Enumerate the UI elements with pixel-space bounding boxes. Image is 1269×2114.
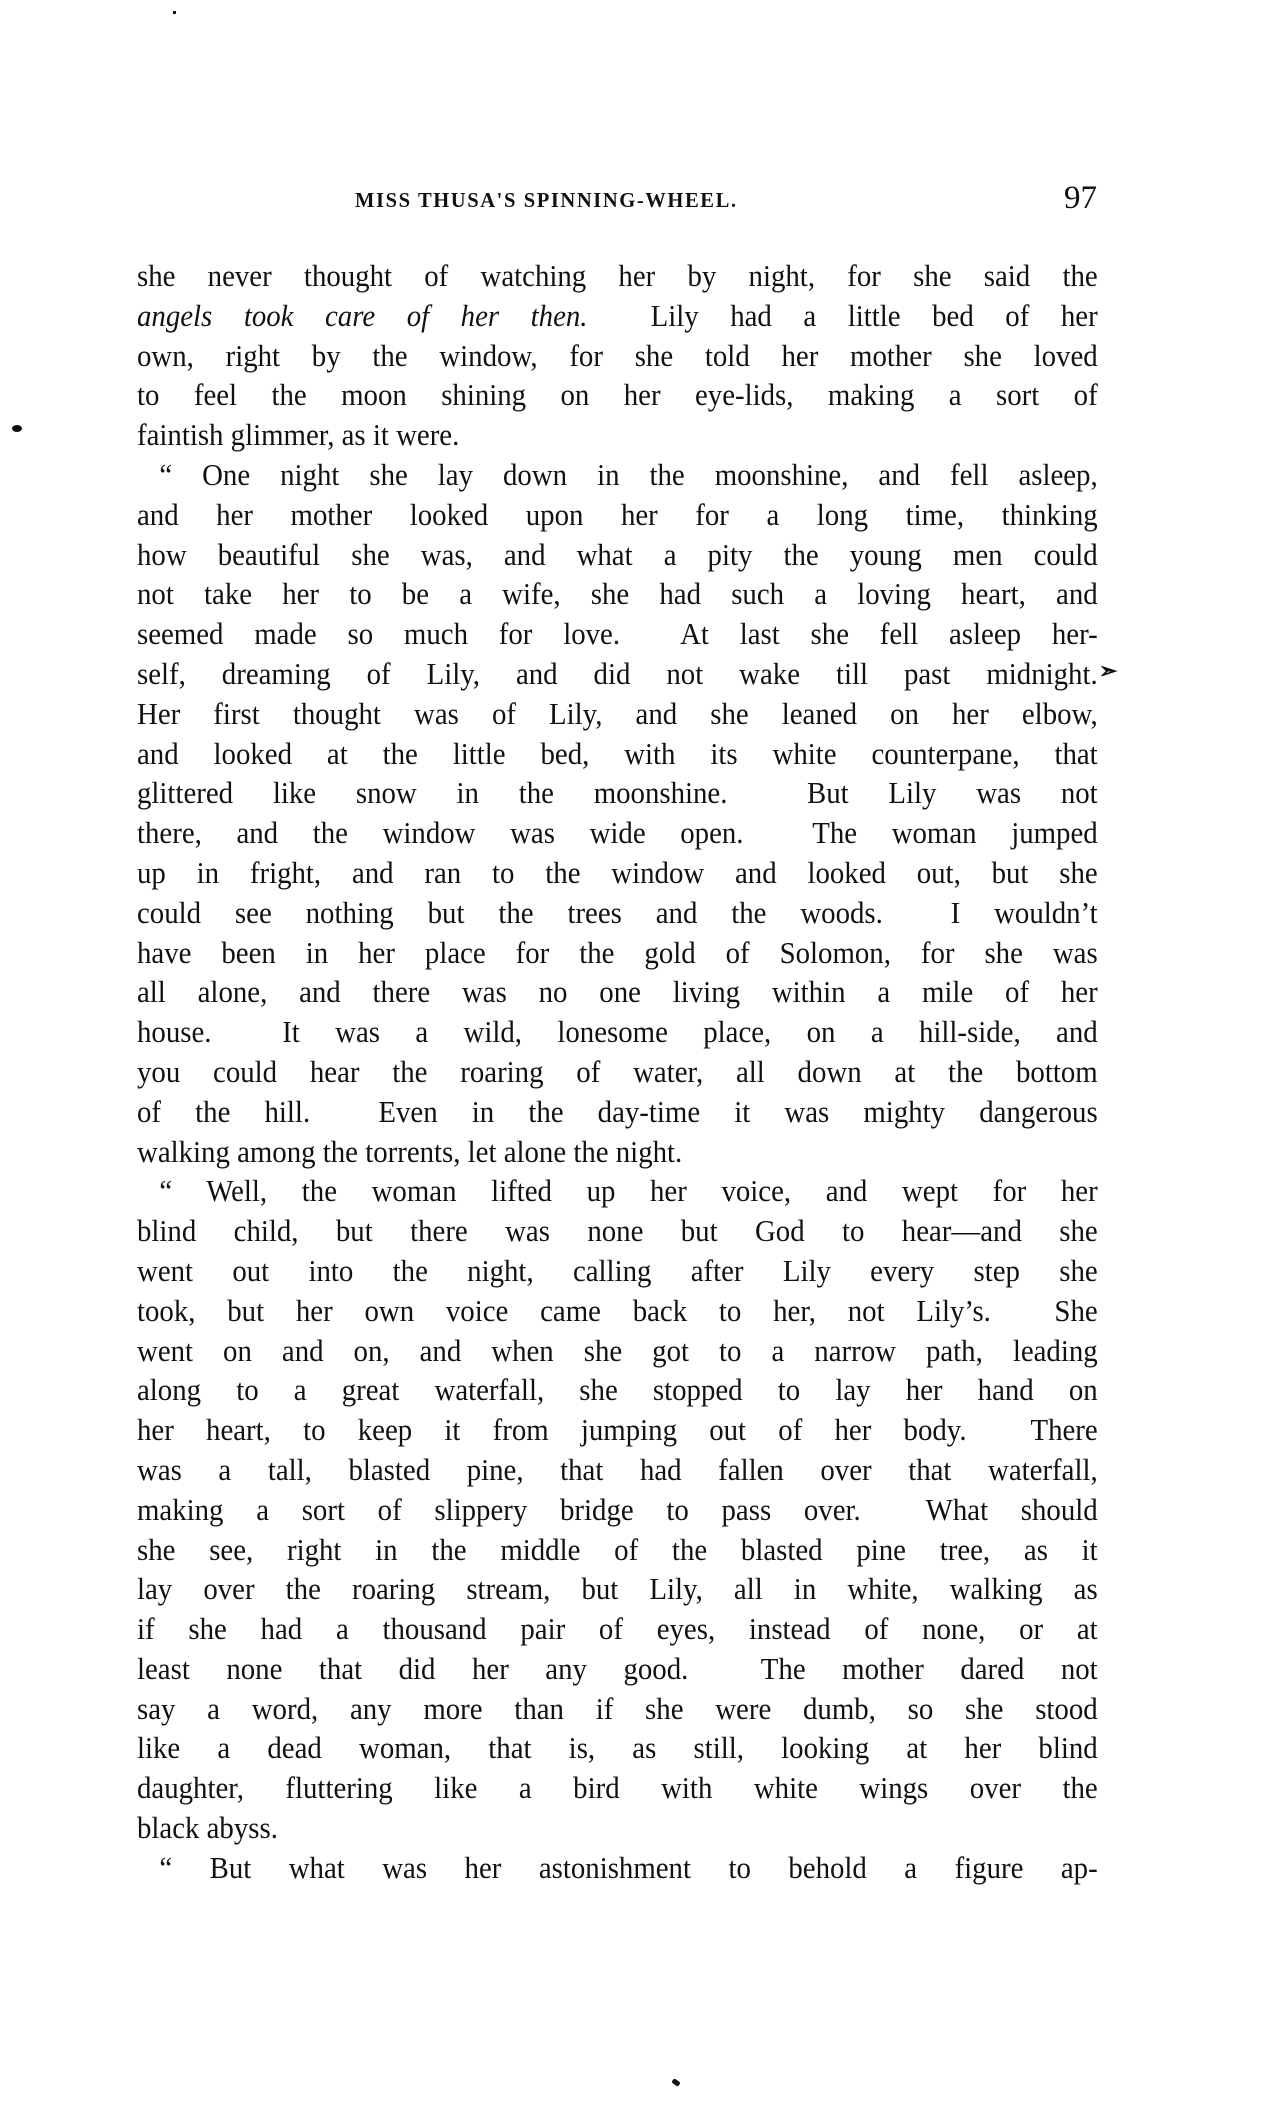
line-text: black abyss. [137, 1810, 278, 1845]
line-text: went on and on, and when she got to a na… [137, 1333, 1098, 1368]
line-text: blind child, but there was none but God … [137, 1213, 1098, 1248]
italic-phrase: angels took care of her then. [137, 298, 588, 333]
line-text: lay over the roaring stream, but Lily, a… [137, 1571, 1098, 1606]
text-line: least none that did her any good. The mo… [137, 1649, 1098, 1689]
line-text: if she had a thousand pair of eyes, inst… [137, 1611, 1098, 1646]
book-page: MISS THUSA'S SPINNING-WHEEL. 97 she neve… [0, 0, 1269, 2114]
line-text: she never thought of watching her by nig… [137, 258, 1098, 293]
text-line: if she had a thousand pair of eyes, inst… [137, 1609, 1098, 1649]
text-line: you could hear the roaring of water, all… [137, 1052, 1098, 1092]
text-line: making a sort of slippery bridge to pass… [137, 1490, 1098, 1530]
text-line: up in fright, and ran to the window and … [137, 853, 1098, 893]
text-line: glittered like snow in the moonshine. Bu… [137, 773, 1098, 813]
line-text: and her mother looked upon her for a lon… [137, 497, 1098, 532]
text-line: she never thought of watching her by nig… [137, 256, 1098, 296]
stray-mark-bottom [671, 2078, 680, 2087]
line-text: self, dreaming of Lily, and did not wake… [137, 656, 1098, 691]
body-text: she never thought of watching her by nig… [137, 256, 1098, 1888]
line-text: was a tall, blasted pine, that had falle… [137, 1452, 1098, 1487]
line-text: her heart, to keep it from jumping out o… [137, 1412, 1098, 1447]
line-text: “ Well, the woman lifted up her voice, a… [159, 1173, 1097, 1208]
line-text: house. It was a wild, lonesome place, on… [137, 1014, 1098, 1049]
text-line: lay over the roaring stream, but Lily, a… [137, 1569, 1098, 1609]
line-text: Her first thought was of Lily, and she l… [137, 696, 1098, 731]
line-text: Lily had a little bed of her [588, 298, 1098, 333]
stray-mark-top [173, 11, 176, 14]
line-text: there, and the window was wide open. The… [137, 815, 1098, 850]
text-line: could see nothing but the trees and the … [137, 893, 1098, 933]
line-text: could see nothing but the trees and the … [137, 895, 1098, 930]
line-text: walking among the torrents, let alone th… [137, 1134, 682, 1169]
text-line: and looked at the little bed, with its w… [137, 734, 1098, 774]
line-text: own, right by the window, for she told h… [137, 338, 1098, 373]
line-text: daughter, fluttering like a bird with wh… [137, 1770, 1098, 1805]
text-line: went out into the night, calling after L… [137, 1251, 1098, 1291]
line-text: to feel the moon shining on her eye-lids… [137, 377, 1098, 412]
text-line: of the hill. Even in the day-time it was… [137, 1092, 1098, 1132]
text-line: blind child, but there was none but God … [137, 1211, 1098, 1251]
line-text: how beautiful she was, and what a pity t… [137, 537, 1098, 572]
text-line: daughter, fluttering like a bird with wh… [137, 1768, 1098, 1808]
line-text: making a sort of slippery bridge to pass… [137, 1492, 1098, 1527]
text-line: how beautiful she was, and what a pity t… [137, 535, 1098, 575]
line-text: least none that did her any good. The mo… [137, 1651, 1098, 1686]
line-text: you could hear the roaring of water, all… [137, 1054, 1098, 1089]
text-line: own, right by the window, for she told h… [137, 336, 1098, 376]
text-line: she see, right in the middle of the blas… [137, 1530, 1098, 1570]
text-line: faintish glimmer, as it were. [137, 415, 1098, 455]
text-line: “ Well, the woman lifted up her voice, a… [137, 1171, 1098, 1211]
text-line: self, dreaming of Lily, and did not wake… [137, 654, 1098, 694]
text-line: was a tall, blasted pine, that had falle… [137, 1450, 1098, 1490]
text-line: “ One night she lay down in the moonshin… [137, 455, 1098, 495]
line-text: have been in her place for the gold of S… [137, 935, 1098, 970]
line-text: like a dead woman, that is, as still, lo… [137, 1730, 1098, 1765]
line-text: seemed made so much for love. At last sh… [137, 616, 1098, 651]
ink-smudge-icon: ➣ [1099, 664, 1127, 678]
line-text: all alone, and there was no one living w… [137, 974, 1098, 1009]
stray-dot-left-margin [12, 425, 22, 432]
line-text: “ One night she lay down in the moonshin… [159, 457, 1097, 492]
line-text: say a word, any more than if she were du… [137, 1691, 1098, 1726]
line-text: of the hill. Even in the day-time it was… [137, 1094, 1098, 1129]
page-number: 97 [1064, 178, 1097, 218]
text-line: walking among the torrents, let alone th… [137, 1132, 1098, 1172]
line-text: up in fright, and ran to the window and … [137, 855, 1098, 890]
text-line: angels took care of her then. Lily had a… [137, 296, 1098, 336]
line-text: faintish glimmer, as it were. [137, 417, 459, 452]
text-line: say a word, any more than if she were du… [137, 1689, 1098, 1729]
text-line: her heart, to keep it from jumping out o… [137, 1410, 1098, 1450]
text-line: “ But what was her astonishment to behol… [137, 1848, 1098, 1888]
text-line: and her mother looked upon her for a lon… [137, 495, 1098, 535]
line-text: “ But what was her astonishment to behol… [159, 1850, 1097, 1885]
line-text: not take her to be a wife, she had such … [137, 576, 1098, 611]
text-line: all alone, and there was no one living w… [137, 972, 1098, 1012]
text-line: black abyss. [137, 1808, 1098, 1848]
text-line: have been in her place for the gold of S… [137, 933, 1098, 973]
text-line: to feel the moon shining on her eye-lids… [137, 375, 1098, 415]
line-text: glittered like snow in the moonshine. Bu… [137, 775, 1098, 810]
text-line: along to a great waterfall, she stopped … [137, 1370, 1098, 1410]
text-line: Her first thought was of Lily, and she l… [137, 694, 1098, 734]
text-line: like a dead woman, that is, as still, lo… [137, 1728, 1098, 1768]
text-line: took, but her own voice came back to her… [137, 1291, 1098, 1331]
running-head: MISS THUSA'S SPINNING-WHEEL. 97 [137, 178, 1097, 218]
text-line: went on and on, and when she got to a na… [137, 1331, 1098, 1371]
line-text: went out into the night, calling after L… [137, 1253, 1098, 1288]
text-line: seemed made so much for love. At last sh… [137, 614, 1098, 654]
line-text: took, but her own voice came back to her… [137, 1293, 1098, 1328]
line-text: and looked at the little bed, with its w… [137, 736, 1098, 771]
text-line: not take her to be a wife, she had such … [137, 574, 1098, 614]
text-line: house. It was a wild, lonesome place, on… [137, 1012, 1098, 1052]
running-title: MISS THUSA'S SPINNING-WHEEL. [355, 188, 738, 213]
line-text: along to a great waterfall, she stopped … [137, 1372, 1098, 1407]
line-text: she see, right in the middle of the blas… [137, 1532, 1098, 1567]
text-line: there, and the window was wide open. The… [137, 813, 1098, 853]
